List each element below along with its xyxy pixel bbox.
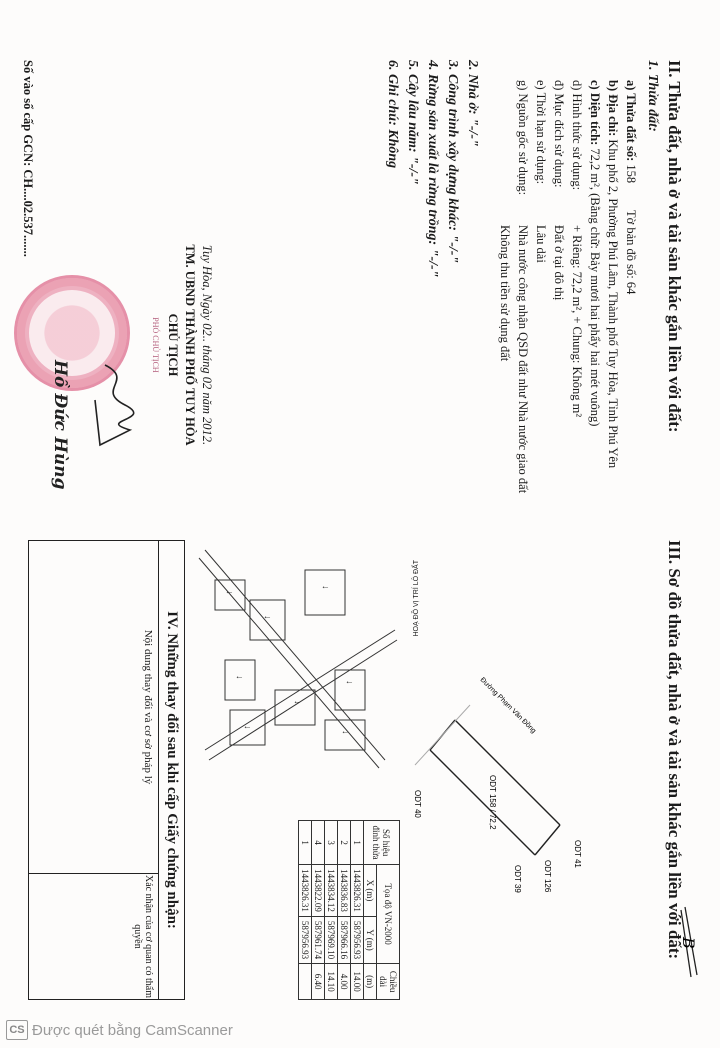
table-row: 11443826.31587956.93 [299,821,312,1000]
registry-number: Số vào sổ cấp GCN: CH....02.537....... [20,60,35,257]
place-date: Tuy Hòa, Ngày 02.. tháng 02 năm 2012. [198,230,215,460]
authority-confirmation-column: Xác nhận của cơ quan có thẩm quyền [29,874,159,1000]
section-3-title: III. Sơ đồ thửa đất, nhà ở và tài sản kh… [664,540,684,959]
location-map-title: HOẠ ĐỒ VỊ TRÍ LÔ ĐẤT [413,560,420,637]
signer-subtitle: PHÓ CHỦ TỊCH [147,230,164,460]
map-sheet-row: Tờ bản đồ số: 64 [623,210,638,294]
coordinates-table: Số hiệu đỉnh thửa Tọa độ VN-2000 Chiều d… [298,820,400,1000]
item-house: 2. Nhà ở: "-/-" [464,60,480,147]
area-row: c) Diện tích: 72,2 m², (Bằng chữ: Bảy mư… [587,80,602,426]
usage-form-value: + Riêng: 72,2 m², + Chung: Không m² [569,225,584,417]
section-2-title: II. Thửa đất, nhà ở và tài sản khác gắn … [664,60,684,433]
svg-text:↓: ↓ [243,725,253,730]
item-note: 6. Ghi chú: Không [384,60,400,168]
section-2-panel: II. Thửa đất, nhà ở và tài sản khác gắn … [0,0,720,500]
purpose-value: Đất ở tại đô thị [551,225,566,300]
item-other-construction: 3. Công trình xây dựng khác: "-/-" [444,60,460,263]
svg-text:↓: ↓ [321,585,331,590]
svg-text:ODT 126: ODT 126 [543,860,552,893]
term-label: e) Thời hạn sử dụng: [533,80,548,184]
parcel-number-row: a) Thửa đất số: 158 [623,80,638,183]
signature-block: Tuy Hòa, Ngày 02.. tháng 02 năm 2012. TM… [147,230,215,460]
signer-name: Hồ Đức Hùng [50,360,70,489]
term-value: Lâu dài [533,225,548,263]
origin-value: Nhà nước công nhận QSD đất như Nhà nước … [515,225,530,493]
origin-label: g) Nguồn gốc sử dụng: [515,80,530,195]
section-4-title: IV. Những thay đổi sau khi cấp Giấy chứn… [159,541,185,1000]
svg-text:↓: ↓ [341,730,351,735]
section-3-4-panel: III. Sơ đồ thửa đất, nhà ở và tài sản kh… [0,520,720,1000]
purpose-label: đ) Mục đích sử dụng: [551,80,566,187]
svg-text:B: B [679,936,698,949]
camscanner-logo-icon: CS [6,1020,28,1040]
table-row: 41443822.09587961.746.40 [312,821,325,1000]
location-map: ↓↓↓ ↓↓↓ ↓↓ [175,540,405,780]
initial-mark: B [675,905,705,985]
issuing-org: TM. UBND THÀNH PHỐ TUY HÒA [181,230,198,460]
signer-title: CHỦ TỊCH [164,230,181,460]
svg-text:↓: ↓ [263,615,273,620]
changes-content-column: Nội dung thay đổi và cơ sở pháp lý [29,541,159,874]
camscanner-text: Được quét bằng CamScanner [32,1022,233,1039]
table-row: 21443836.83587966.164.00 [338,821,351,1000]
svg-text:ODT 158 / 72,2: ODT 158 / 72,2 [488,775,497,830]
svg-text:↓: ↓ [293,700,303,705]
svg-text:↓: ↓ [345,680,355,685]
rotated-certificate-sheet: II. Thửa đất, nhà ở và tài sản khác gắn … [0,0,720,1000]
sub-heading-parcel: 1. Thửa đất: [644,60,660,132]
address-row: b) Địa chỉ: Khu phố 2, Phường Phú Lâm, T… [605,80,620,468]
origin-value-2: Không thu tiền sử dụng đất [497,225,512,361]
item-perennial-trees: 5. Cây lâu năm: "-/-" [404,60,420,185]
parcel-sketch: ODT 41 ODT 126 ODT 158 / 72,2 ODT 39 ODT… [390,650,630,950]
svg-text:ODT 40: ODT 40 [413,790,422,818]
camscanner-watermark: CS Được quét bằng CamScanner [6,1020,233,1040]
svg-text:ODT 39: ODT 39 [513,865,522,893]
signature-scribble [85,360,145,450]
table-row: 11443826.31587956.9314.00 [351,821,364,1000]
svg-text:↓: ↓ [235,675,245,680]
item-production-forest: 4. Rừng sản xuất là rừng trồng: "-/-" [424,60,440,277]
svg-text:ODT 41: ODT 41 [573,840,582,868]
svg-text:Đường Phạm Văn Đồng: Đường Phạm Văn Đồng [479,675,539,735]
changes-table: IV. Những thay đổi sau khi cấp Giấy chứn… [28,540,185,1000]
usage-form-label: d) Hình thức sử dụng: [569,80,584,190]
svg-text:↓: ↓ [225,590,235,595]
table-row: 31443834.12587969.1014.10 [325,821,338,1000]
